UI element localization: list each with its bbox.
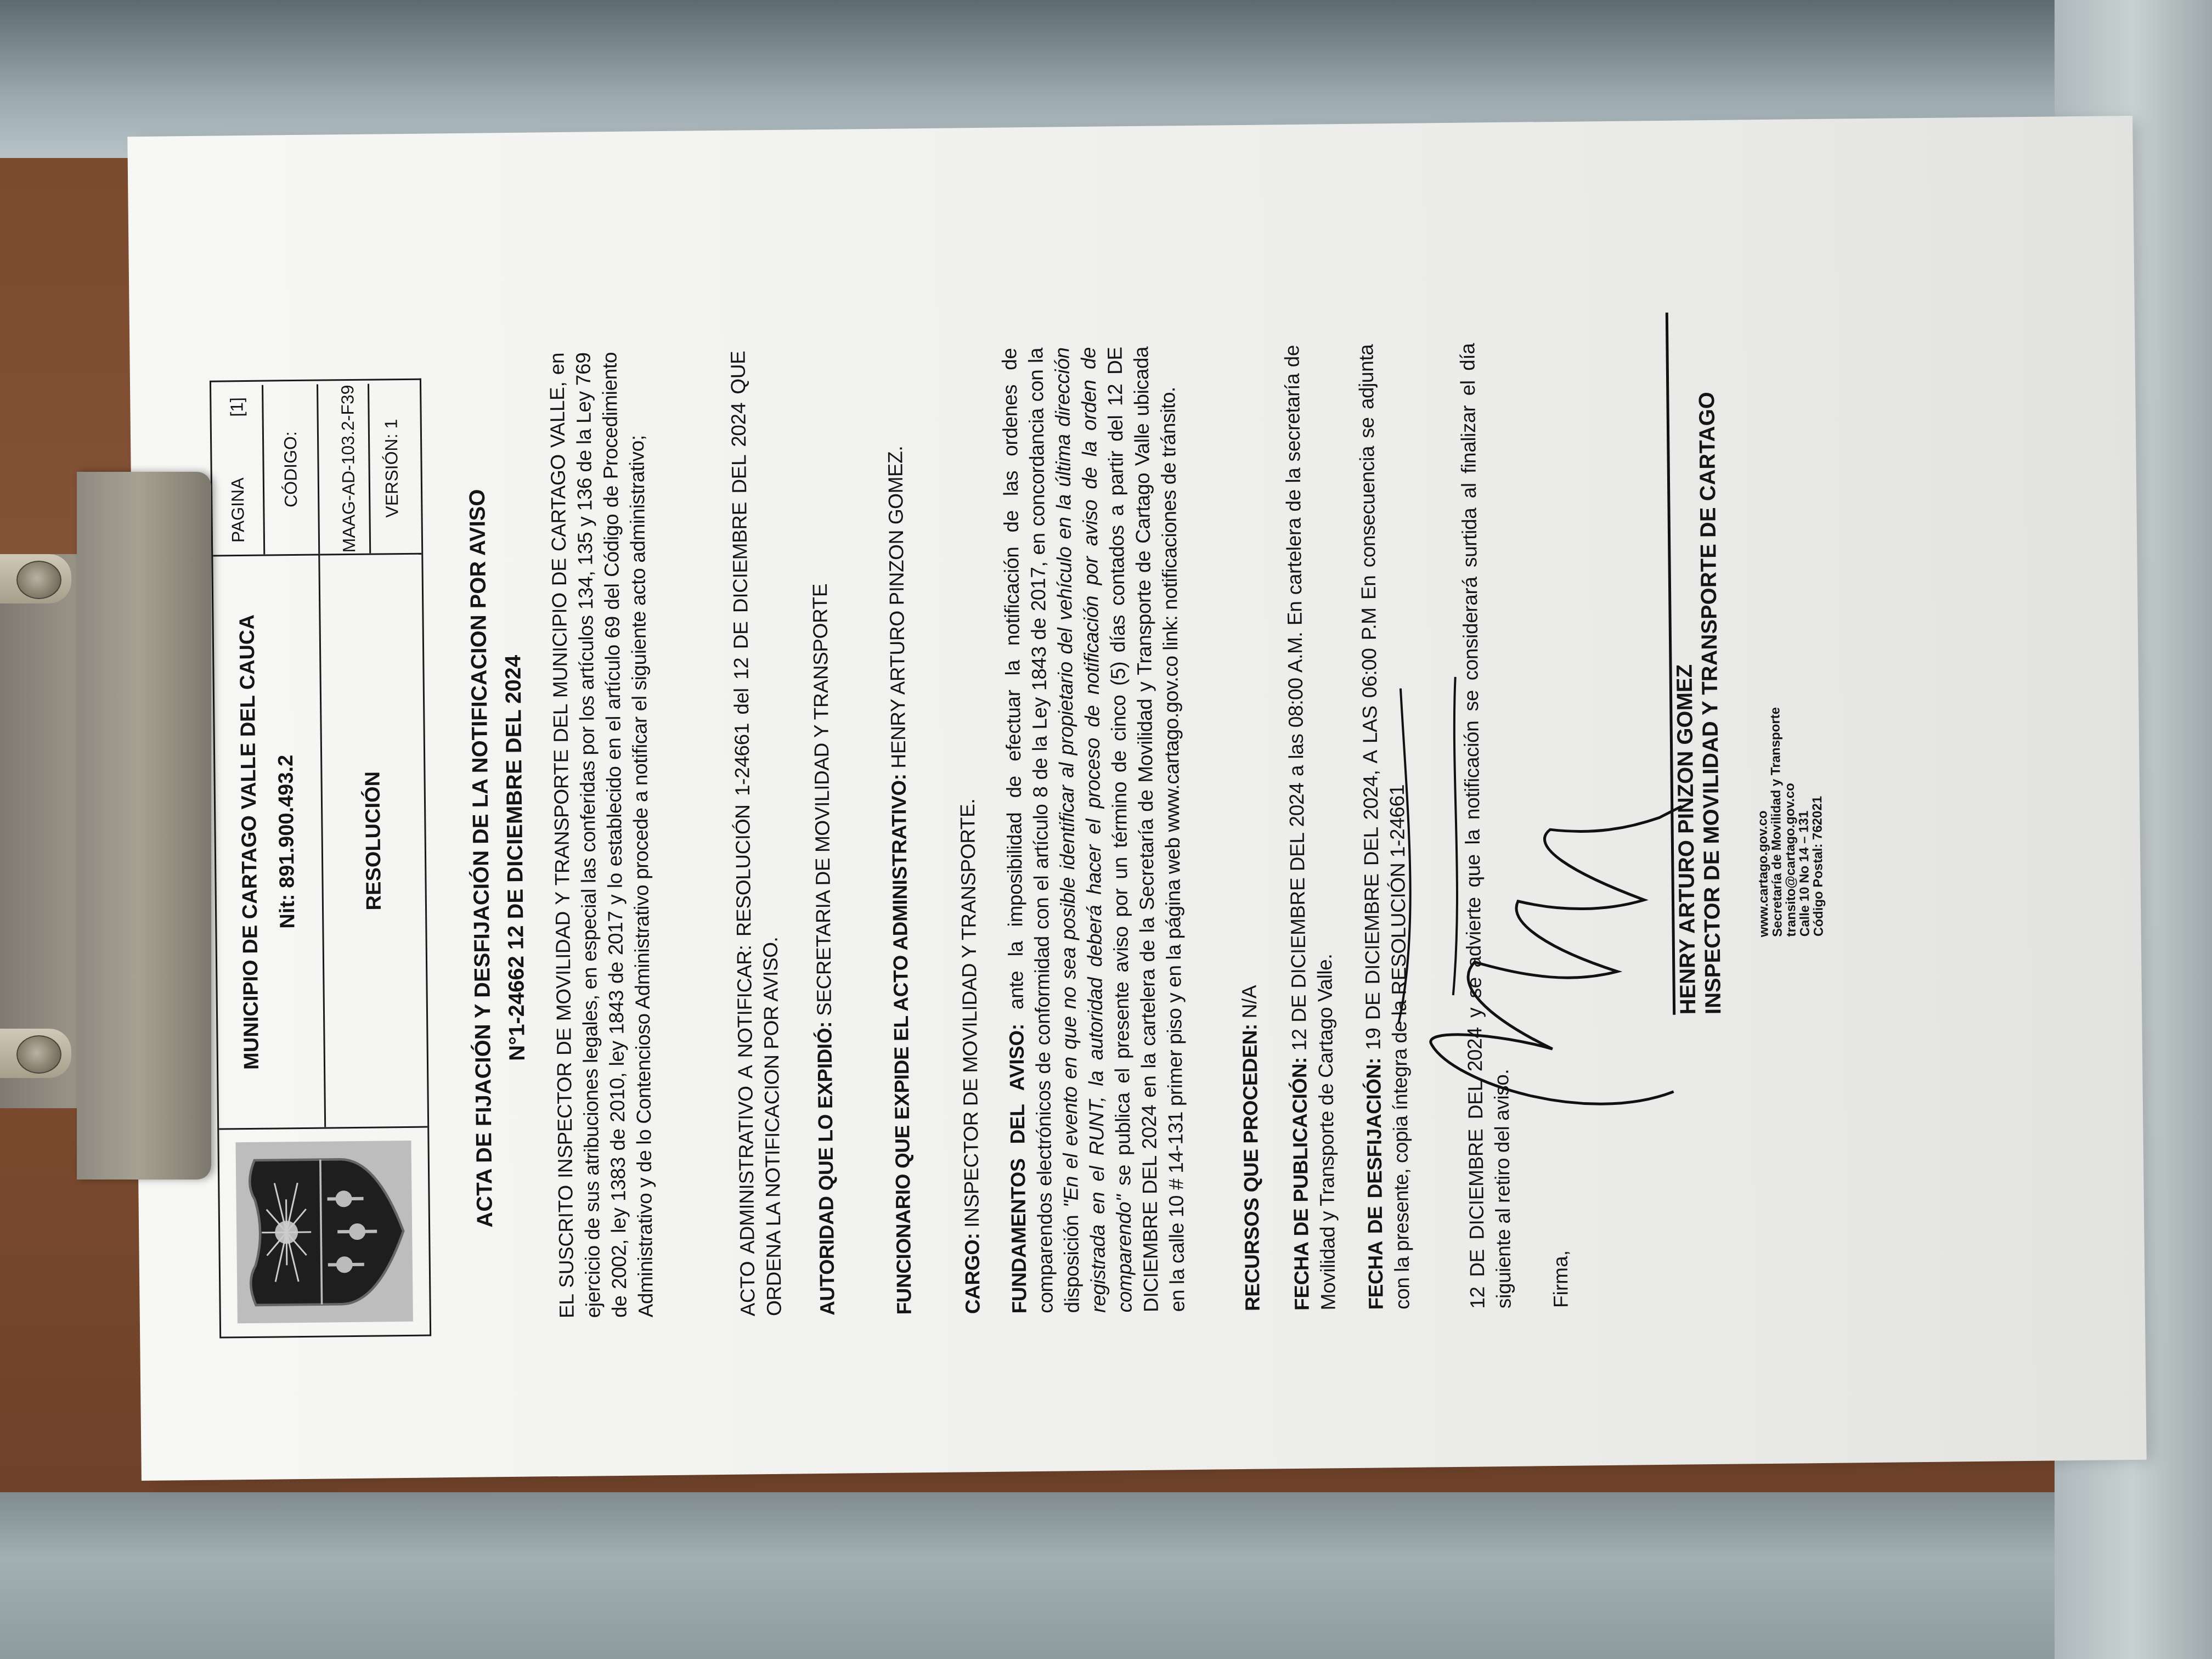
rivet-icon bbox=[16, 1035, 61, 1074]
document-header-table: MUNICIPIO DE CARTAGO VALLE DEL CAUCA Nit… bbox=[210, 379, 431, 1339]
signer-block: HENRY ARTURO PINZON GOMEZ INSPECTOR DE M… bbox=[1669, 392, 1726, 1015]
nit-number: Nit: 891.900.493.2 bbox=[274, 755, 301, 929]
clipboard-clip bbox=[77, 472, 211, 1180]
clip-base bbox=[0, 554, 82, 1108]
code-value: MAAG-AD-103.2-F39 bbox=[337, 385, 360, 552]
document-title: ACTA DE FIJACIÓN Y DESFIJACIÓN DE LA NOT… bbox=[459, 381, 537, 1336]
rivet-plate-top bbox=[0, 554, 71, 603]
recursos-label: RECURSOS QUE PROCEDEN: bbox=[1238, 1024, 1263, 1311]
version: VERSIÓN: 1 bbox=[368, 383, 403, 554]
footer-office: Secretaría de Movilidad y Transporte bbox=[1768, 707, 1784, 937]
autoridad-value: SECRETARIA DE MOVILIDAD Y TRANSPORTE bbox=[809, 584, 836, 1017]
acto-paragraph: ACTO ADMINISTRATIVO A NOTIFICAR: RESOLUC… bbox=[725, 351, 787, 1317]
code-version-cell: MAAG-AD-103.2-F39 VERSIÓN: 1 bbox=[318, 383, 421, 554]
autoridad-paragraph: AUTORIDAD QUE LO EXPIDIÓ: SECRETARIA DE … bbox=[804, 350, 840, 1316]
firma-label: Firma, bbox=[1549, 1250, 1573, 1308]
recursos-value: N/A bbox=[1238, 985, 1261, 1019]
cargo-label: CARGO: bbox=[961, 1233, 984, 1314]
document-content: MUNICIPIO DE CARTAGO VALLE DEL CAUCA Nit… bbox=[127, 116, 2146, 1481]
desfijacion-label: FECHA DE DESFIJACIÓN: bbox=[1362, 1058, 1387, 1310]
publicacion-label: FECHA DE PUBLICACIÓN: bbox=[1288, 1057, 1313, 1311]
funcionario-paragraph: FUNCIONARIO QUE EXPIDE EL ACTO ADMINISTR… bbox=[881, 349, 917, 1314]
glass-background-bottom bbox=[0, 1492, 2212, 1659]
fundamentos-label: FUNDAMENTOS DEL AVISO: bbox=[1005, 1024, 1031, 1314]
code-label: CÓDIGO: bbox=[280, 431, 302, 507]
document-page: MUNICIPIO DE CARTAGO VALLE DEL CAUCA Nit… bbox=[127, 116, 2146, 1481]
recursos-paragraph: RECURSOS QUE PROCEDEN: N/A bbox=[1229, 346, 1266, 1311]
rivet-plate-bottom bbox=[0, 1029, 71, 1078]
page-label: PAGINA bbox=[227, 477, 249, 543]
cargo-value: INSPECTOR DE MOVILIDAD Y TRANSPORTE. bbox=[956, 798, 983, 1227]
handwritten-signature bbox=[1384, 663, 1696, 1160]
document-type: RESOLUCIÓN bbox=[360, 771, 387, 911]
cargo-paragraph: CARGO: INSPECTOR DE MOVILIDAD Y TRANSPOR… bbox=[950, 348, 986, 1314]
shield-icon bbox=[241, 1146, 408, 1318]
fundamentos-paragraph: FUNDAMENTOS DEL AVISO: ante la imposibil… bbox=[996, 346, 1190, 1313]
municipality-cell: MUNICIPIO DE CARTAGO VALLE DEL CAUCA Nit… bbox=[213, 554, 326, 1128]
page-cell: PAGINA [1] bbox=[211, 385, 265, 555]
rivet-icon bbox=[16, 561, 61, 599]
intro-paragraph: EL SUSCRITO INSPECTOR DE MOVILIDAD Y TRA… bbox=[544, 352, 659, 1318]
funcionario-value: HENRY ARTURO PINZON GOMEZ. bbox=[884, 445, 910, 768]
code-label-cell: CÓDIGO: bbox=[263, 385, 320, 555]
document-type-cell: RESOLUCIÓN bbox=[320, 553, 427, 1127]
fundamentos-text-continued: se publica el presente aviso por un térm… bbox=[1103, 347, 1188, 1312]
logo-cell bbox=[219, 1126, 430, 1337]
page-number: [1] bbox=[226, 397, 247, 417]
document-footer: www.cartago.gov.co Secretaría de Movilid… bbox=[1754, 707, 1825, 937]
autoridad-label: AUTORIDAD QUE LO EXPIDIÓ: bbox=[813, 1022, 839, 1316]
coat-of-arms-icon bbox=[235, 1141, 413, 1323]
acto-label: ACTO ADMINISTRATIVO A NOTIFICAR: bbox=[733, 945, 759, 1316]
funcionario-label: FUNCIONARIO QUE EXPIDE EL ACTO ADMINISTR… bbox=[888, 774, 916, 1315]
municipality-name: MUNICIPIO DE CARTAGO VALLE DEL CAUCA bbox=[235, 614, 265, 1070]
publicacion-paragraph: FECHA DE PUBLICACIÓN: 12 DE DICIEMBRE DE… bbox=[1279, 345, 1341, 1311]
footer-postal-code: Código Postal: 762021 bbox=[1809, 707, 1825, 936]
